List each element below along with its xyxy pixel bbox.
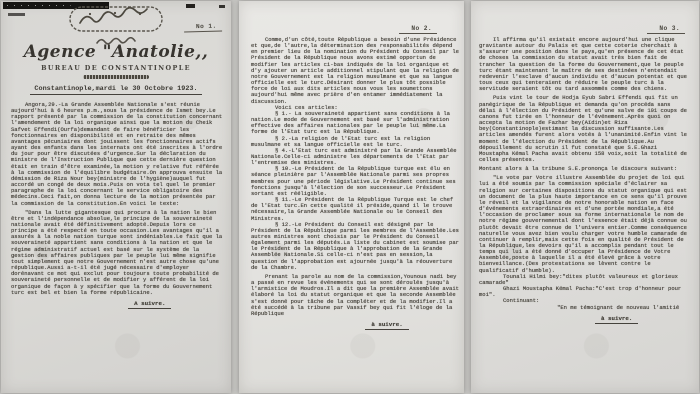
article-12: § 12.-Le Président du Conseil est désign…	[251, 222, 459, 271]
intro-paragraph: Comme,d'un côté,toute République a besoi…	[251, 37, 459, 105]
page-number: No 3.	[647, 25, 685, 34]
dateline-text: Constantinople,mardi le 30 Octobre 1923.	[30, 85, 201, 95]
bureau-line: BUREAU DE CONSTANTINOPLE	[1, 64, 231, 72]
scan-artifact-corner-mark	[186, 4, 195, 8]
article-1: § 1.- La souveraineté appartient sans co…	[251, 111, 459, 136]
a-suivre-note: A suivre.	[128, 300, 171, 309]
scan-artifact-mark	[8, 13, 25, 16]
motion-quote-paragraph: "Dans la lutte gigantesque qui procura à…	[11, 210, 224, 296]
scan-artifact-corner-mark	[219, 5, 225, 8]
ottoman-calligraphy-icon	[68, 5, 164, 33]
article-11: § 11.-Le Président de la République Turq…	[251, 197, 459, 222]
a-suivre-note: à suivre.	[365, 321, 408, 330]
page-number: No 2.	[399, 25, 437, 34]
page-1-body: Angora,29.-La Grande Assemblée Nationale…	[11, 102, 224, 309]
closing-line: "En me témoignant de nouveau l'amitié	[557, 305, 690, 311]
masthead-divider	[83, 75, 149, 79]
scanned-bulletin-canvas: No 1. Agence "Anatolie,, BUREAU DE CONST…	[0, 0, 700, 394]
vassif-speech-paragraph: Il affirma qu'il existait encore aujourd…	[479, 37, 690, 92]
article-2: § 2.-La religion de l'Etat turc est la r…	[251, 136, 459, 148]
dispatch-paragraph: Angora,29.-La Grande Assemblée Nationale…	[11, 102, 224, 207]
bulletin-page-1: No 1. Agence "Anatolie,, BUREAU DE CONST…	[1, 1, 231, 393]
page-2-body: Comme,d'un côté,toute République a besoi…	[251, 37, 459, 330]
younous-paragraph: Prenant la parole au nom de la commissio…	[251, 274, 459, 317]
dateline: Constantinople,mardi le 30 Octobre 1923.	[1, 85, 231, 93]
tribune-line: Montant alors à la tribune S.E.prononça …	[479, 166, 690, 172]
kemal-speech-paragraph: "Le vote par Votre illustre Assemblée du…	[479, 175, 690, 274]
bulletin-page-2: No 2. Comme,d'un côté,toute République a…	[239, 1, 464, 393]
bulletin-page-3: No 3. Il affirma qu'il existait encore a…	[471, 1, 699, 393]
agency-name: Agence "Anatolie,,	[1, 42, 231, 62]
article-4: § 4.-L'Etat turc est administré par la G…	[251, 148, 459, 166]
page-3-body: Il affirma qu'il existait encore aujourd…	[479, 37, 690, 324]
page-number: No 1.	[184, 23, 222, 33]
a-suivre-note: à suivre.	[595, 315, 638, 324]
election-paragraph: Puis vint le tour de Hodja Eyub Sabri Ef…	[479, 95, 690, 163]
article-10: § 10.-Le Président de la République turq…	[251, 166, 459, 197]
